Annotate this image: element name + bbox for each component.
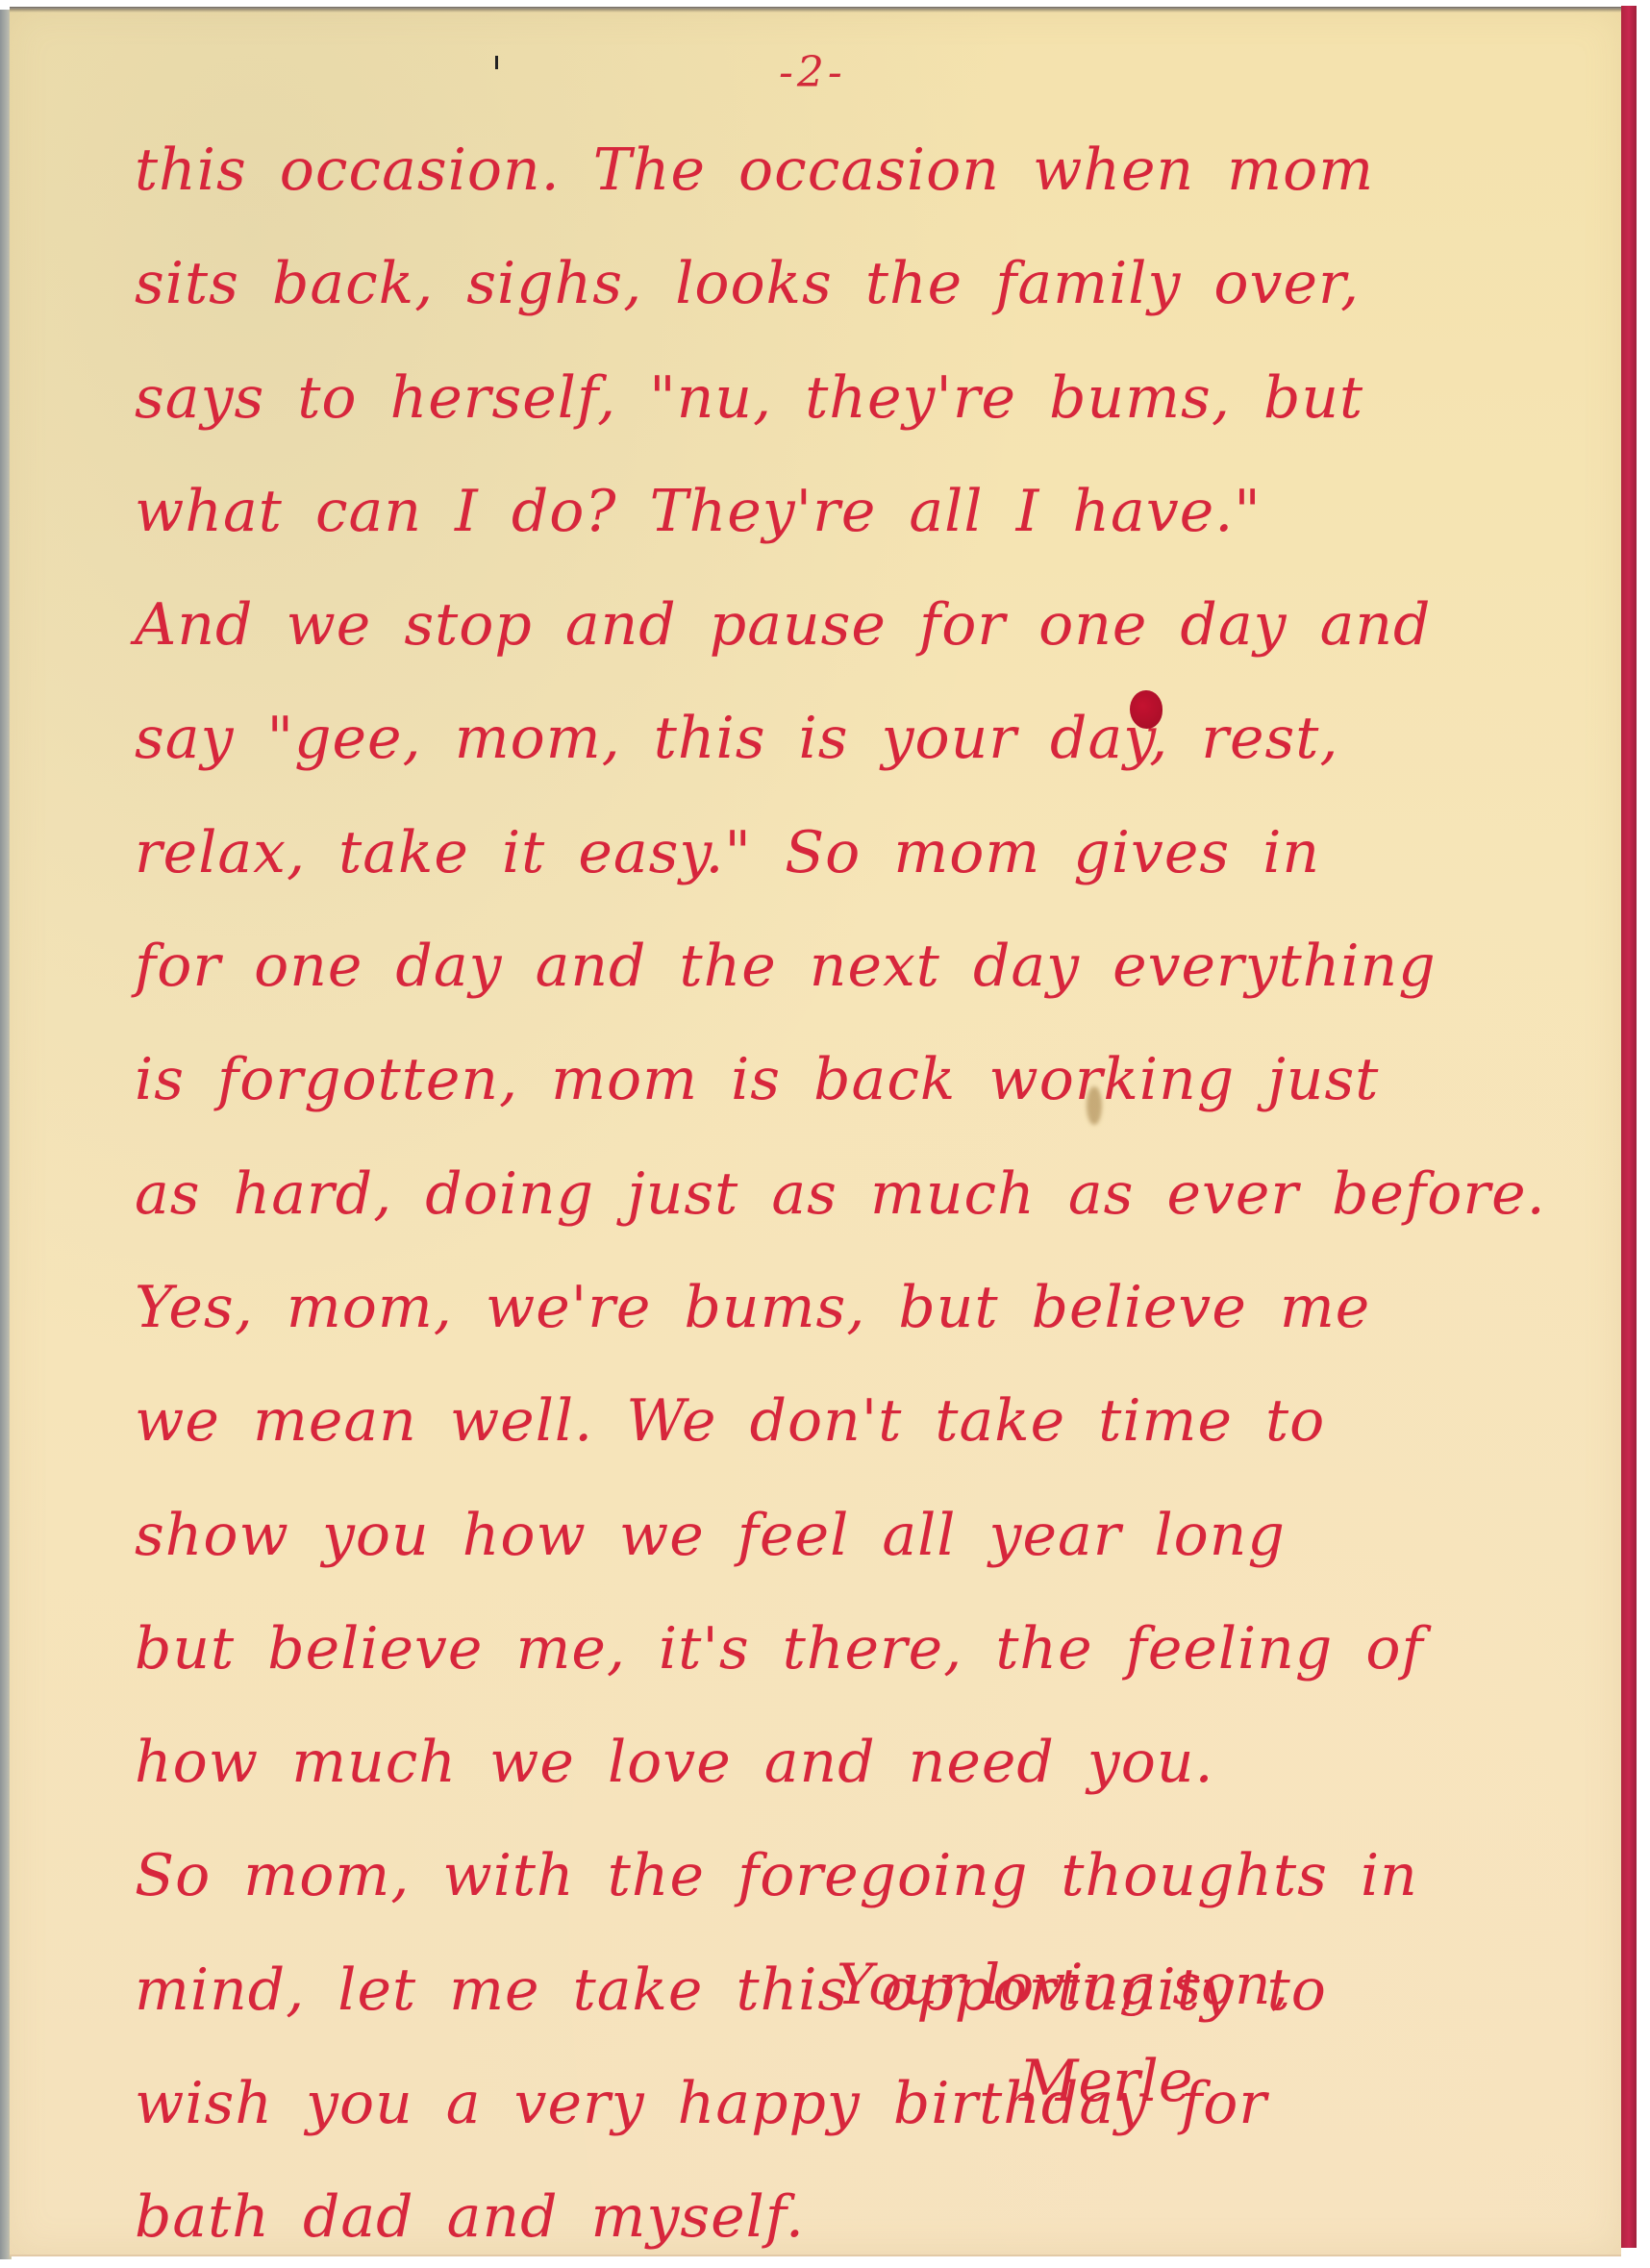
letter-line: for one day and the next day everything <box>135 910 1577 1023</box>
letter-line: we mean well. We don't take time to <box>135 1364 1577 1478</box>
letter-line: bath dad and myself. <box>135 2160 1577 2268</box>
letter-line: So mom, with the foregoing thoughts in <box>135 1819 1577 1932</box>
letter-line: sits back, sighs, looks the family over, <box>135 227 1577 340</box>
page-top-shadow <box>10 7 1621 12</box>
letter-line: say "gee, mom, this is your day, rest, <box>135 682 1577 795</box>
binding-strip <box>1621 6 1637 2248</box>
letter-line: And we stop and pause for one day and <box>135 568 1577 682</box>
letter-line: wish you a very happy birthday for <box>135 2047 1577 2160</box>
letter-line: show you how we feel all year long <box>135 1479 1577 1592</box>
closing-salutation: Your loving son, <box>837 1952 1288 2017</box>
letter-line: this occasion. The occasion when mom <box>135 113 1577 227</box>
letter-line: is forgotten, mom is back working just <box>135 1023 1577 1136</box>
letter-line: says to herself, "nu, they're bums, but <box>135 341 1577 455</box>
signature: Merle <box>1019 2048 1192 2115</box>
letter-line: but believe me, it's there, the feeling … <box>135 1592 1577 1706</box>
letter-line: how much we love and need you. <box>135 1706 1577 1819</box>
letter-line: as hard, doing just as much as ever befo… <box>135 1137 1577 1251</box>
paper-stain <box>1087 1086 1102 1125</box>
letter-body: this occasion. The occasion when mom sit… <box>135 113 1577 2268</box>
stray-pen-mark <box>495 56 498 69</box>
letter-line: what can I do? They're all I have." <box>135 455 1577 568</box>
page-number: -2- <box>779 48 846 97</box>
ink-blot <box>1130 690 1162 729</box>
letter-line: Yes, mom, we're bums, but believe me <box>135 1251 1577 1364</box>
letter-line: relax, take it easy." So mom gives in <box>135 796 1577 910</box>
